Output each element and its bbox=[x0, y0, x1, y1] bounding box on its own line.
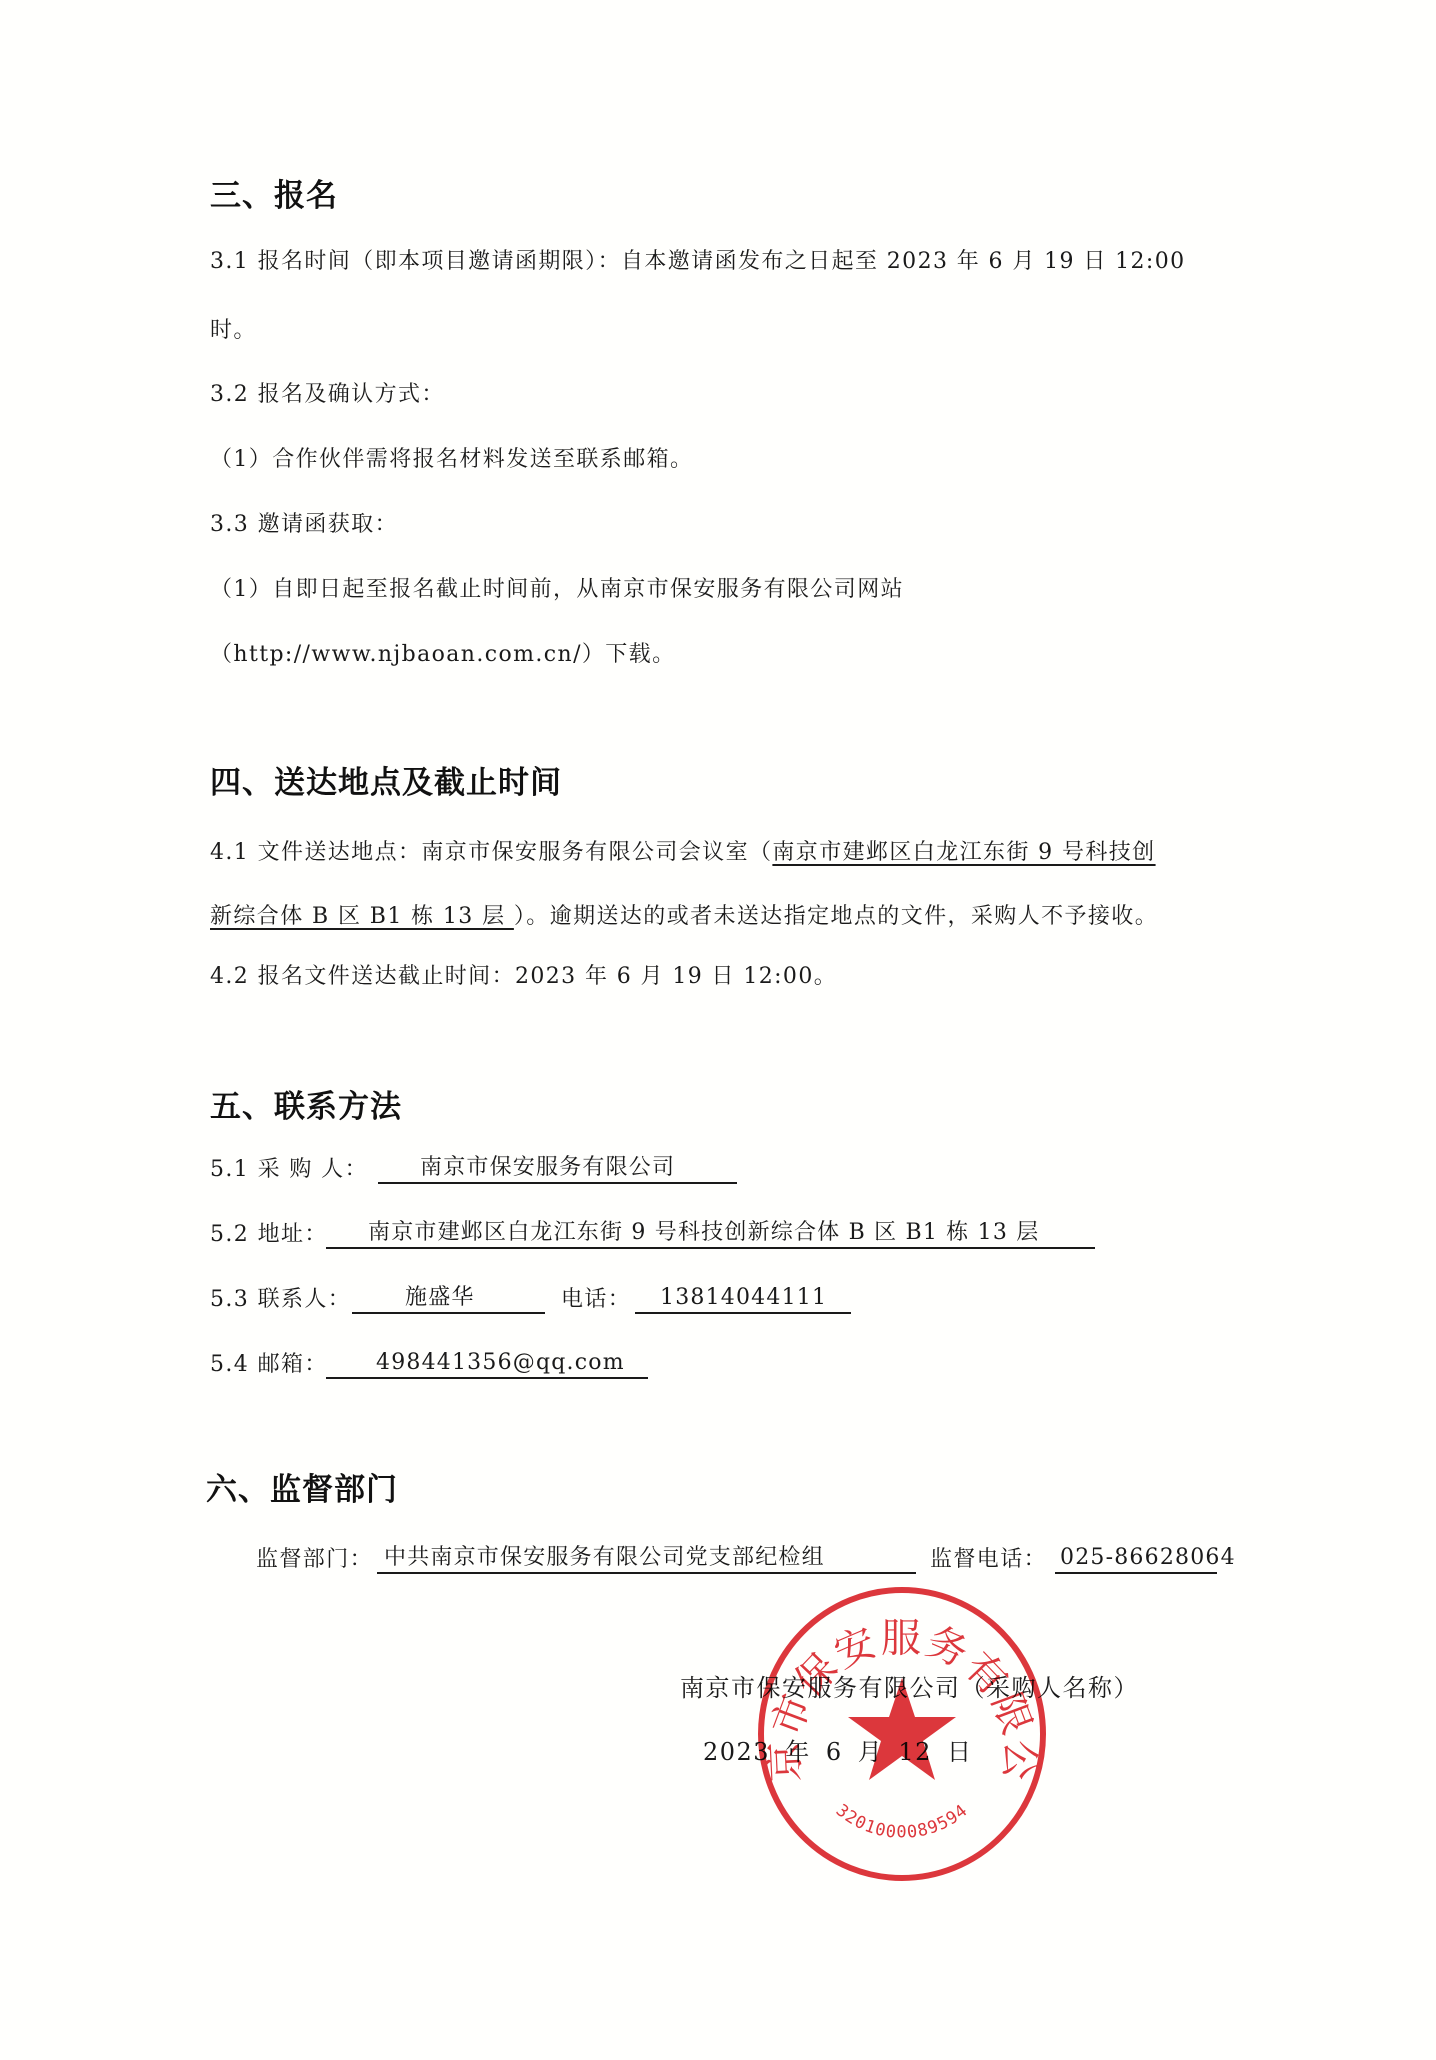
stamp-star-icon bbox=[848, 1678, 956, 1780]
company-seal-stamp: 南京市保安服务有限公司 3201000089594 bbox=[756, 1586, 1048, 1882]
item-4-1-address-b: 新综合体 B 区 B1 栋 13 层 bbox=[210, 904, 514, 929]
supervision-dept-label: 监督部门： bbox=[256, 1545, 373, 1575]
item-4-1-address-a: 南京市建邺区白龙江东街 9 号科技创 bbox=[772, 840, 1155, 865]
purchaser-label: 5.1 采 购 人： bbox=[210, 1155, 368, 1185]
item-3-3-1-line-1: （1）自即日起至报名截止时间前，从南京市保安服务有限公司网站 bbox=[210, 575, 904, 605]
phone-label: 电话： bbox=[561, 1285, 631, 1315]
email-underline bbox=[326, 1377, 648, 1379]
contact-underline bbox=[352, 1312, 545, 1314]
item-4-1-line-2: 新综合体 B 区 B1 栋 13 层 ）。逾期送达的或者未送达指定地点的文件，采… bbox=[210, 902, 1158, 932]
phone-underline bbox=[635, 1312, 851, 1314]
item-4-2: 4.2 报名文件送达截止时间：2023 年 6 月 19 日 12:00。 bbox=[210, 962, 837, 992]
section-3-title: 三、报名 bbox=[210, 178, 338, 214]
item-4-1-line-1: 4.1 文件送达地点：南京市保安服务有限公司会议室（南京市建邺区白龙江东街 9 … bbox=[210, 838, 1156, 868]
item-3-2-1: （1）合作伙伴需将报名材料发送至联系邮箱。 bbox=[210, 445, 693, 475]
supervision-tel-value[interactable]: 025-86628064 bbox=[1060, 1543, 1236, 1573]
section-4-title: 四、送达地点及截止时间 bbox=[210, 765, 562, 801]
section-6-title: 六、监督部门 bbox=[206, 1472, 398, 1508]
supervision-tel-label: 监督电话： bbox=[930, 1545, 1047, 1575]
supervision-dept-underline bbox=[377, 1572, 916, 1574]
item-3-3: 3.3 邀请函获取： bbox=[210, 510, 398, 540]
item-3-2: 3.2 报名及确认方式： bbox=[210, 380, 445, 410]
supervision-dept-value: 中共南京市保安服务有限公司党支部纪检组 bbox=[384, 1543, 825, 1573]
address-value: 南京市建邺区白龙江东街 9 号科技创新综合体 B 区 B1 栋 13 层 bbox=[368, 1218, 1039, 1248]
purchaser-underline bbox=[378, 1182, 737, 1184]
address-label: 5.2 地址： bbox=[210, 1220, 328, 1250]
stamp-code: 3201000089594 bbox=[832, 1801, 972, 1843]
purchaser-value: 南京市保安服务有限公司 bbox=[420, 1153, 675, 1183]
supervision-tel-underline bbox=[1055, 1572, 1217, 1574]
website-link-text[interactable]: （http://www.njbaoan.com.cn/）下载。 bbox=[210, 642, 675, 667]
contact-label: 5.3 联系人： bbox=[210, 1285, 351, 1315]
email-label: 5.4 邮箱： bbox=[210, 1350, 328, 1380]
address-underline bbox=[326, 1247, 1095, 1249]
email-value[interactable]: 498441356@qq.com bbox=[376, 1348, 625, 1378]
item-3-1-line-2: 时。 bbox=[210, 316, 257, 346]
item-4-1-suffix: ）。逾期送达的或者未送达指定地点的文件，采购人不予接收。 bbox=[514, 904, 1158, 929]
phone-value[interactable]: 13814044111 bbox=[660, 1283, 827, 1313]
item-3-1-line-1: 3.1 报名时间（即本项目邀请函期限）：自本邀请函发布之日起至 2023 年 6… bbox=[210, 247, 1186, 277]
document-page: 三、报名 3.1 报名时间（即本项目邀请函期限）：自本邀请函发布之日起至 202… bbox=[0, 0, 1436, 2060]
section-5-title: 五、联系方法 bbox=[210, 1089, 402, 1125]
contact-value: 施盛华 bbox=[405, 1283, 475, 1313]
item-3-3-1-line-2: （http://www.njbaoan.com.cn/）下载。 bbox=[210, 640, 675, 670]
item-4-1-prefix: 4.1 文件送达地点：南京市保安服务有限公司会议室（ bbox=[210, 840, 772, 865]
